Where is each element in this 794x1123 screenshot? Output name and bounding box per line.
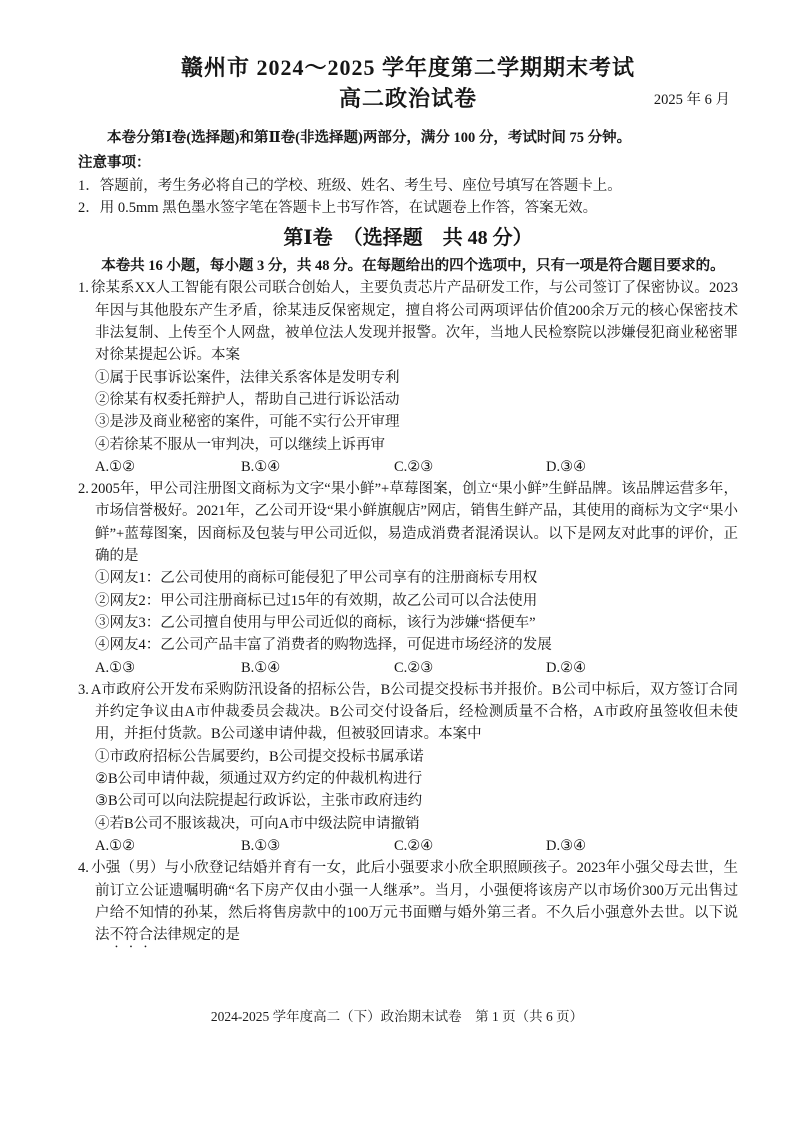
question-2-statement-1: ①网友1：乙公司使用的商标可能侵犯了甲公司享有的注册商标专用权 (78, 567, 738, 589)
question-1-statement-1: ①属于民事诉讼案件，法律关系客体是发明专利 (78, 367, 738, 389)
exam-paper-page: { "colors": { "ink": "#161616", "paper":… (0, 0, 794, 1123)
question-1-options-row: A.①② B.①④ C.②③ D.③④ (78, 456, 738, 478)
section-instructions: 本卷共 16 小题，每小题 3 分，共 48 分。在每题给出的四个选项中，只有一… (78, 255, 738, 277)
question-1-option-d: D.③④ (546, 456, 738, 478)
question-2-option-d: D.②④ (546, 657, 738, 679)
paper-intro: 本卷分第Ⅰ卷(选择题)和第Ⅱ卷(非选择题)两部分，满分 100 分，考试时间 7… (78, 127, 738, 149)
notice-heading: 注意事项： (78, 152, 738, 174)
question-1-stem-text: 徐某系XX人工智能有限公司联合创始人，主要负责芯片产品研发工作，与公司签订了保密… (91, 280, 738, 363)
question-1-stem: 1.徐某系XX人工智能有限公司联合创始人，主要负责芯片产品研发工作，与公司签订了… (78, 277, 738, 366)
question-3-option-a: A.①② (95, 835, 241, 857)
question-3-options-row: A.①② B.①③ C.②④ D.③④ (78, 835, 738, 857)
paper-title: 高二政治试卷 (339, 83, 477, 114)
question-3-stem-text: A市政府公开发布采购防汛设备的招标公告，B公司提交投标书并报价。B公司中标后，双… (91, 682, 738, 743)
question-3-stem: 3.A市政府公开发布采购防汛设备的招标公告，B公司提交投标书并报价。B公司中标后… (78, 679, 738, 746)
question-4-stem-emphasized: 不符合 (110, 927, 154, 943)
question-1-number: 1. (78, 280, 89, 296)
exam-title: 赣州市 2024～2025 学年度第二学期期末考试 (78, 52, 738, 83)
question-1-option-a: A.①② (95, 456, 241, 478)
question-1-option-c: C.②③ (394, 456, 546, 478)
question-2-stem-text: 2005年，甲公司注册图文商标为文字“果小鲜”+草莓图案，创立“果小鲜”生鲜品牌… (91, 481, 738, 564)
question-3-option-d: D.③④ (546, 835, 738, 857)
question-2-stem: 2.2005年，甲公司注册图文商标为文字“果小鲜”+草莓图案，创立“果小鲜”生鲜… (78, 478, 738, 567)
question-4-number: 4. (78, 860, 89, 876)
question-2: 2.2005年，甲公司注册图文商标为文字“果小鲜”+草莓图案，创立“果小鲜”生鲜… (78, 478, 738, 679)
notice-item-1: 1．答题前，考生务必将自己的学校、班级、姓名、考生号、座位号填写在答题卡上。 (78, 175, 738, 197)
question-3-number: 3. (78, 682, 89, 698)
question-1-statement-3: ③是涉及商业秘密的案件，可能不实行公开审理 (78, 411, 738, 433)
question-3-option-c: C.②④ (394, 835, 546, 857)
question-3-statement-4: ④若B公司不服该裁决，可向A市中级法院申请撤销 (78, 813, 738, 835)
question-2-option-c: C.②③ (394, 657, 546, 679)
question-2-statement-2: ②网友2：甲公司注册商标已过15年的有效期，故乙公司可以合法使用 (78, 590, 738, 612)
question-3-statement-3: ③B公司可以向法院提起行政诉讼，主张市政府违约 (78, 790, 738, 812)
question-1-statement-2: ②徐某有权委托辩护人，帮助自己进行诉讼活动 (78, 389, 738, 411)
question-1-option-b: B.①④ (241, 456, 394, 478)
question-3-statement-1: ①市政府招标公告属要约，B公司提交投标书属承诺 (78, 746, 738, 768)
notice-item-2: 2．用 0.5mm 黑色墨水签字笔在答题卡上书写作答，在试题卷上作答，答案无效。 (78, 197, 738, 219)
question-2-statement-4: ④网友4：乙公司产品丰富了消费者的购物选择，可促进市场经济的发展 (78, 634, 738, 656)
question-4-stem-text-post: 法律规定的是 (153, 927, 240, 943)
question-1-statement-4: ④若徐某不服从一审判决，可以继续上诉再审 (78, 434, 738, 456)
question-1: 1.徐某系XX人工智能有限公司联合创始人，主要负责芯片产品研发工作，与公司签订了… (78, 277, 738, 478)
section-heading: 第Ⅰ卷 （选择题 共 48 分） (78, 224, 738, 252)
page-footer: 2024-2025 学年度高二（下）政治期末试卷 第 1 页（共 6 页） (0, 1005, 794, 1025)
question-2-statement-3: ③网友3：乙公司擅自使用与甲公司近似的商标，该行为涉嫌“搭便车” (78, 612, 738, 634)
page-content: 赣州市 2024～2025 学年度第二学期期末考试 高二政治试卷 2025 年 … (78, 52, 738, 951)
question-3: 3.A市政府公开发布采购防汛设备的招标公告，B公司提交投标书并报价。B公司中标后… (78, 679, 738, 857)
question-3-statement-2: ②B公司申请仲裁，须通过双方约定的仲裁机构进行 (78, 768, 738, 790)
question-2-option-a: A.①③ (95, 657, 241, 679)
question-4-stem: 4.小强（男）与小欣登记结婚并育有一女，此后小强要求小欣全职照顾孩子。2023年… (78, 857, 738, 951)
question-2-option-b: B.①④ (241, 657, 394, 679)
question-4: 4.小强（男）与小欣登记结婚并育有一女，此后小强要求小欣全职照顾孩子。2023年… (78, 857, 738, 951)
exam-date: 2025 年 6 月 (654, 89, 730, 111)
question-2-options-row: A.①③ B.①④ C.②③ D.②④ (78, 657, 738, 679)
paper-title-row: 高二政治试卷 2025 年 6 月 (78, 83, 738, 114)
question-2-number: 2. (78, 481, 89, 497)
question-3-option-b: B.①③ (241, 835, 394, 857)
